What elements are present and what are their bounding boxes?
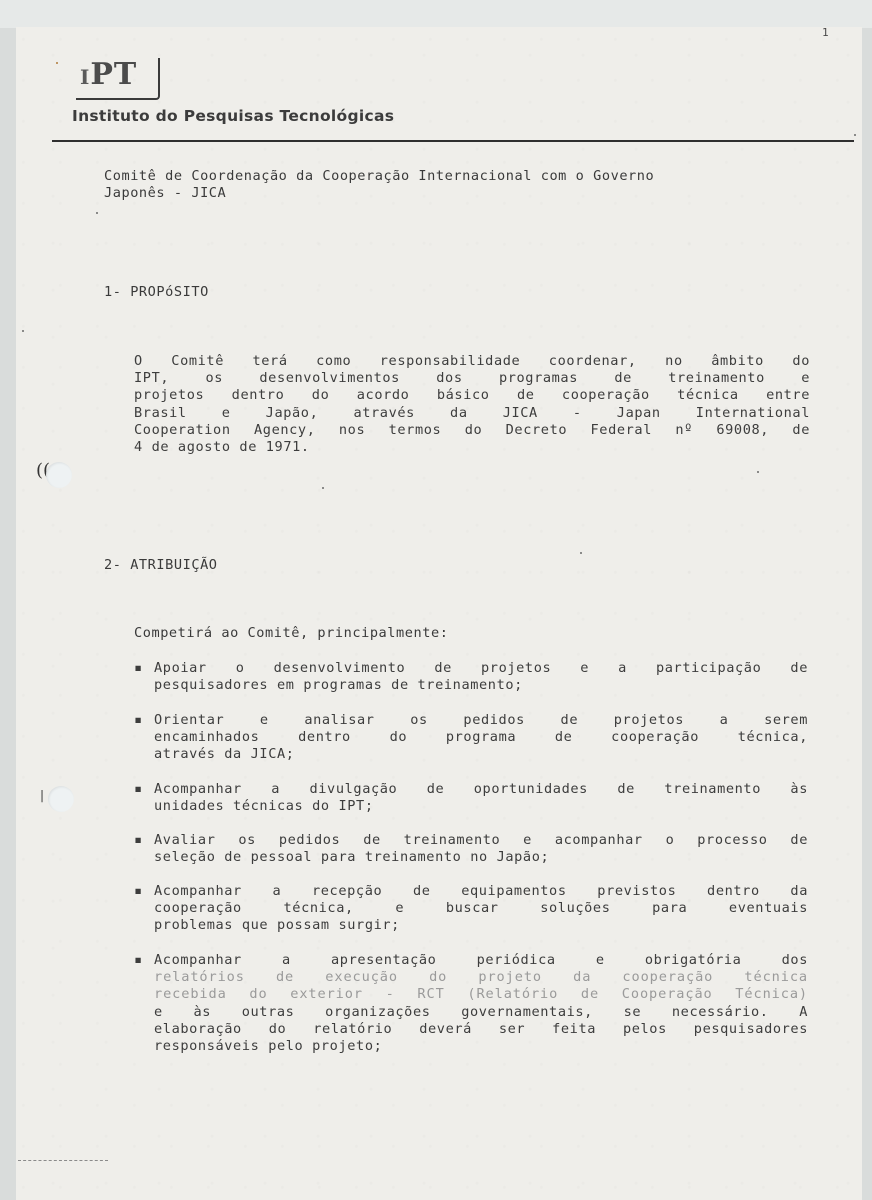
bullet-line: pesquisadores em programas de treinament… [154,677,808,694]
document-title: Comitê de Coordenação da Cooperação Inte… [104,168,654,202]
bullet-line: Avaliar os pedidos de treinamento e acom… [154,832,808,849]
bullet-line: cooperação técnica, e buscar soluções pa… [154,900,808,917]
punch-hole [48,786,74,812]
punch-hole [46,462,72,488]
logo-letters: PT [90,57,137,92]
bullet-line: Acompanhar a divulgação de oportunidades… [154,781,808,798]
scan-speck [757,471,759,473]
pencil-mark: | [40,788,44,802]
bullet-marker: ▪ [134,952,152,969]
bullet-line-faint: relatórios de execução do projeto da coo… [154,969,808,986]
bullet-line-faint: recebida do exterior - RCT (Relatório de… [154,986,808,1003]
header-divider [52,140,854,142]
scan-speck [854,134,856,136]
bullet-item: ▪ Avaliar os pedidos de treinamento e ac… [134,832,810,866]
scan-speck [322,487,324,489]
bullet-line: problemas que possam surgir; [154,917,808,934]
scan-speck [96,212,98,214]
paragraph-line: 4 de agosto de 1971. [134,439,810,456]
paragraph-line: IPT, os desenvolvimentos dos programas d… [134,370,810,387]
bullet-text: Acompanhar a apresentação periódica e ob… [154,952,808,1055]
bullet-text: Avaliar os pedidos de treinamento e acom… [154,832,808,866]
bullet-text: Orientar e analisar os pedidos de projet… [154,712,808,764]
scan-speck [580,552,582,554]
bullet-marker: ▪ [134,660,152,677]
paragraph-line: projetos dentro do acordo básico de coop… [134,387,810,404]
scan-background [0,0,872,28]
bullet-item: ▪ Apoiar o desenvolvimento de projetos e… [134,660,810,694]
title-line: Comitê de Coordenação da Cooperação Inte… [104,168,654,184]
bullet-marker: ▪ [134,712,152,729]
bullet-line: Apoiar o desenvolvimento de projetos e a… [154,660,808,677]
bullet-line: unidades técnicas do IPT; [154,798,808,815]
bullet-line: através da JICA; [154,746,808,763]
bullet-line: seleção de pessoal para treinamento no J… [154,849,808,866]
bullet-line: elaboração do relatório deverá ser feita… [154,1021,808,1038]
logo-prefix: I [80,65,90,89]
bullet-item: ▪ Acompanhar a apresentação periódica e … [134,952,810,1055]
page-number: 1 [822,26,830,39]
bullet-line: responsáveis pelo projeto; [154,1038,808,1055]
attribution-intro: Competirá ao Comitê, principalmente: [134,625,448,642]
scan-speck [56,62,58,64]
section-heading-proposito: 1- PROPóSITO [104,284,209,301]
scan-artifact-line [18,1160,108,1161]
title-line: Japonês - JICA [104,185,226,201]
bullet-marker: ▪ [134,781,152,798]
bullet-line: encaminhados dentro do programa de coope… [154,729,808,746]
bullet-item: ▪ Acompanhar a recepção de equipamentos … [134,883,810,935]
bullet-marker: ▪ [134,883,152,900]
bullet-line: Acompanhar a recepção de equipamentos pr… [154,883,808,900]
paragraph-line: Brasil e Japão, através da JICA - Japan … [134,405,810,422]
paragraph-line: O Comitê terá como responsabilidade coor… [134,353,810,370]
purpose-paragraph: O Comitê terá como responsabilidade coor… [134,353,810,456]
bullet-item: ▪ Orientar e analisar os pedidos de proj… [134,712,810,764]
ipt-logo: IPT [80,55,137,97]
bullet-text: Acompanhar a recepção de equipamentos pr… [154,883,808,935]
institute-name: Instituto do Pesquisas Tecnológicas [72,107,394,125]
scan-speck [22,330,24,332]
bullet-line: Acompanhar a apresentação periódica e ob… [154,952,808,969]
section-heading-atribuicao: 2- ATRIBUIÇÃO [104,557,218,574]
bullet-line: Orientar e analisar os pedidos de projet… [154,712,808,729]
bullet-marker: ▪ [134,832,152,849]
paragraph-line: Cooperation Agency, nos termos do Decret… [134,422,810,439]
bullet-text: Apoiar o desenvolvimento de projetos e a… [154,660,808,694]
bullet-item: ▪ Acompanhar a divulgação de oportunidad… [134,781,810,815]
bullet-text: Acompanhar a divulgação de oportunidades… [154,781,808,815]
bullet-line: e às outras organizações governamentais,… [154,1004,808,1021]
